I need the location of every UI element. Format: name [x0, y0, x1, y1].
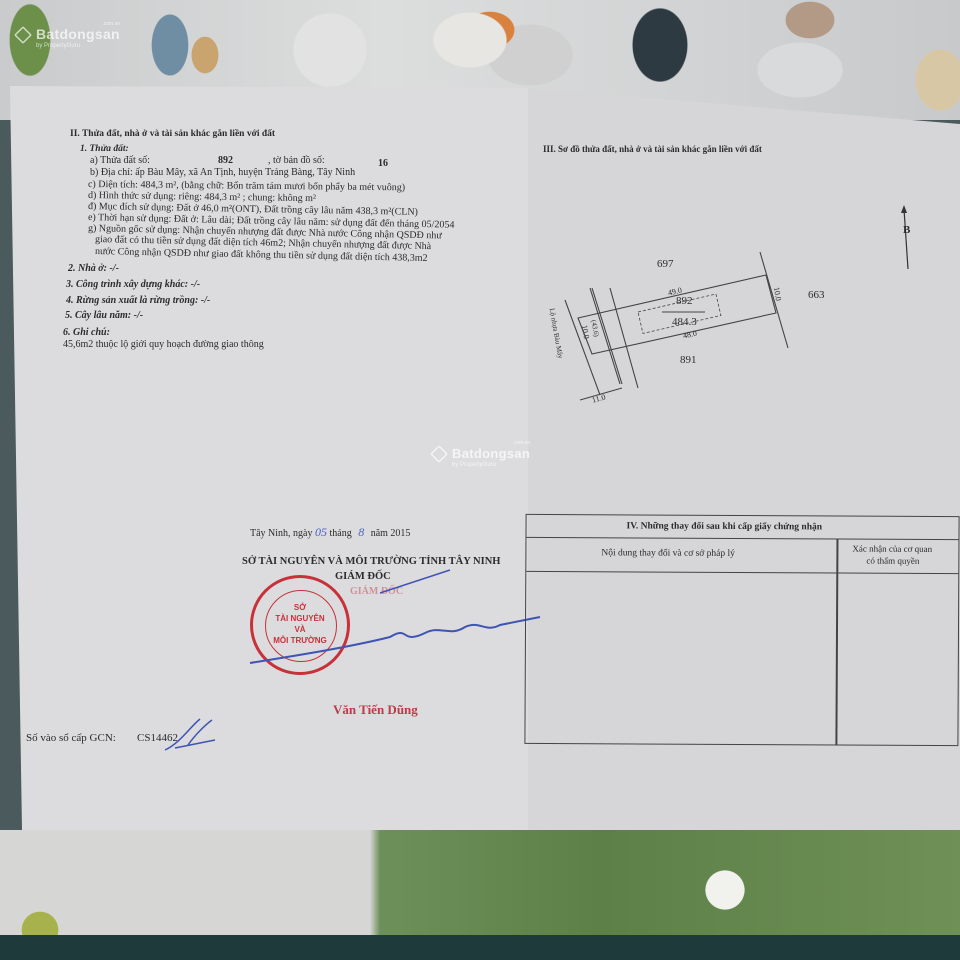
watermark-brand: Batdongsan: [452, 446, 530, 461]
other-construction-item: 3. Công trình xây dựng khác: -/-: [66, 280, 200, 290]
house-item: 2. Nhà ở: -/-: [68, 264, 119, 274]
parcel-area: 484.3: [672, 317, 697, 328]
north-arrow-icon: [898, 205, 918, 275]
changes-table-header-row: Nội dung thay đổi và cơ sở pháp lý Xác n…: [526, 537, 958, 574]
changes-col-confirm-2: có thẩm quyền: [866, 557, 919, 566]
date-year: năm 2015: [371, 528, 411, 539]
neighbor-south: 891: [680, 355, 697, 366]
registry-label: Số vào sổ cấp GCN:: [26, 733, 116, 744]
perennial-item: 5. Cây lâu năm: -/-: [65, 311, 143, 321]
changes-table-title: IV. Những thay đổi sau khi cấp giấy chứn…: [627, 522, 823, 533]
map-sheet-label: , tờ bản đồ số:: [268, 156, 325, 166]
changes-table-divider: [835, 538, 838, 744]
signer-name: Văn Tiến Dũng: [333, 703, 418, 716]
parcel-number-value: 892: [218, 156, 233, 166]
forest-item: 4. Rừng sản xuất là rừng trồng: -/-: [66, 296, 210, 306]
date-month-label: tháng: [330, 528, 352, 539]
neighbor-east: 663: [808, 290, 825, 301]
parcel-number-label: a) Thửa đất số:: [90, 156, 150, 166]
watermark-sub: by PropertyGuru: [36, 43, 120, 49]
watermark-domain: .com.vn: [102, 21, 120, 27]
note-heading: 6. Ghi chú:: [63, 328, 110, 338]
section-ii-title: II. Thửa đất, nhà ở và tài sản khác gắn …: [70, 130, 275, 140]
land-certificate: II. Thửa đất, nhà ở và tài sản khác gắn …: [0, 0, 960, 960]
director-signature: [240, 565, 560, 675]
edge-left-inner: (43.6): [590, 320, 600, 338]
batdongsan-logo-icon: [430, 445, 448, 463]
edge-left-length: 10.0: [580, 324, 590, 339]
watermark-center: Batdongsan .com.vn by PropertyGuru: [430, 445, 530, 468]
watermark-brand: Batdongsan: [36, 26, 120, 42]
note-text: 45,6m2 thuộc lộ giới quy hoạch đường gia…: [63, 340, 264, 350]
registry-initials: [160, 715, 220, 755]
neighbor-north: 697: [657, 259, 674, 270]
date-month: 8: [358, 525, 364, 539]
north-label: B: [903, 225, 910, 236]
date-prefix: Tây Ninh, ngày: [250, 528, 313, 539]
batdongsan-logo-icon: [14, 26, 32, 44]
changes-col-confirm-1: Xác nhận của cơ quan: [852, 545, 932, 554]
watermark-top-left: Batdongsan .com.vn by PropertyGuru: [14, 26, 120, 49]
parcel-id: 892: [676, 296, 693, 307]
changes-col-content: Nội dung thay đổi và cơ sở pháp lý: [601, 549, 735, 559]
date-day: 05: [315, 525, 327, 539]
edge-right-length: 10.0: [772, 286, 782, 301]
changes-table: IV. Những thay đổi sau khi cấp giấy chứn…: [524, 514, 959, 746]
section-iii-title: III. Sơ đồ thửa đất, nhà ở và tài sản kh…: [543, 145, 762, 154]
address-line: b) Địa chỉ: ấp Bàu Mây, xã An Tịnh, huyệ…: [90, 168, 355, 178]
date-line: Tây Ninh, ngày 05 tháng 8 năm 2015: [250, 526, 410, 539]
watermark-domain: .com.vn: [513, 440, 531, 446]
watermark-sub: by PropertyGuru: [452, 462, 530, 468]
land-heading: 1. Thửa đất:: [80, 145, 129, 155]
map-sheet-value: 16: [378, 159, 388, 169]
